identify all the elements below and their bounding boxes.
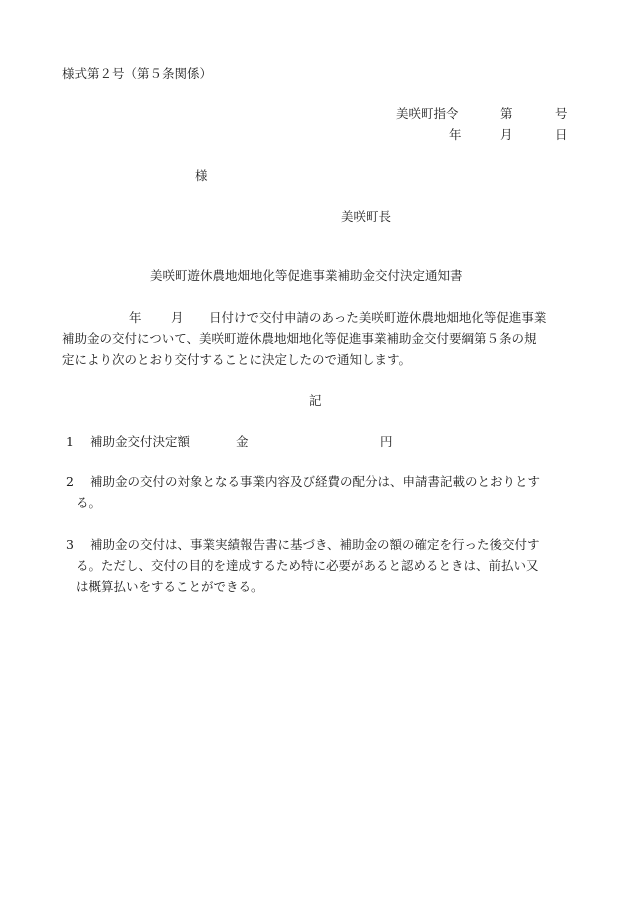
sender: 美咲町長 (341, 209, 391, 225)
item-2-line-2: る。 (76, 495, 101, 511)
body-line-1: 日付けで交付申請のあった美咲町遊休農地畑地化等促進事業 (209, 310, 546, 326)
item-1-number: 1 (66, 434, 74, 450)
item-2-number: 2 (66, 474, 74, 490)
form-label: 様式第２号（第５条関係） (62, 66, 212, 82)
item-3-number: 3 (66, 537, 74, 553)
ki-heading: 記 (309, 393, 322, 409)
body-line-3: 定により次のとおり交付することに決定したので通知します。 (62, 352, 411, 368)
item-3-line-2: る。ただし、交付の目的を達成するため特に必要があると認めるときは、前払い又 (76, 558, 539, 574)
item-2-line-1: 補助金の交付の対象となる事業内容及び経費の配分は、申請書記載のとおりとす (90, 474, 540, 490)
date-day: 日 (555, 127, 568, 143)
reference-number-prefix: 第 (500, 106, 513, 122)
body-line-2: 補助金の交付について、美咲町遊休農地畑地化等促進事業補助金交付要綱第５条の規 (62, 331, 537, 347)
body-date-year: 年 (129, 310, 142, 326)
item-1-label: 補助金交付決定額 (90, 434, 190, 450)
body-date-month: 月 (171, 310, 184, 326)
reference-issuer: 美咲町指令 (396, 106, 459, 122)
item-1-amount-suffix: 円 (380, 434, 393, 450)
date-year: 年 (449, 127, 462, 143)
item-3-line-3: は概算払いをすることができる。 (76, 579, 264, 595)
reference-number-suffix: 号 (555, 106, 568, 122)
addressee-suffix: 様 (195, 168, 208, 184)
document-title: 美咲町遊休農地畑地化等促進事業補助金交付決定通知書 (150, 268, 463, 284)
item-3-line-1: 補助金の交付は、事業実績報告書に基づき、補助金の額の確定を行った後交付す (90, 537, 540, 553)
item-1-amount-prefix: 金 (236, 434, 249, 450)
date-month: 月 (500, 127, 513, 143)
